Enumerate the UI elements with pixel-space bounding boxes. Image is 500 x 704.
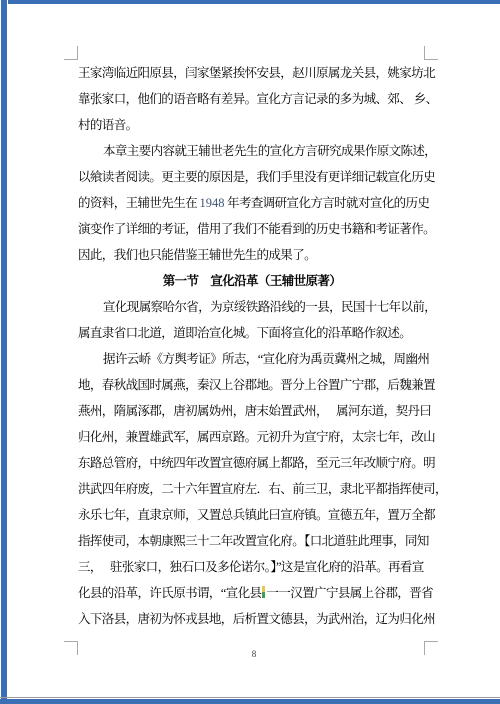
crop-mark-bottom-left-icon xyxy=(64,641,78,655)
crop-mark-bottom-right-icon xyxy=(424,641,438,655)
text-line: 本章主要内容就王辅世老先生的宣化方言研究成果作原文陈述， xyxy=(78,138,426,164)
document-page: 王家湾临近阳原县，闫家堡紧挨怀安县，赵川原属龙关县，姚家坊北 靠张家口，他们的语… xyxy=(0,0,500,704)
text-line: 靠张家口，他们的语音略有差异。宣化方言记录的多为城、郊、 乡、 xyxy=(78,86,426,112)
text-line: 据许云峤《方舆考证》所志，“宣化府为禹贡冀州之城，周幽州 xyxy=(78,346,426,372)
text-segment: 的资料，王辅世先生在 xyxy=(78,196,200,210)
text-line: 的资料，王辅世先生在 1948 年考查调研宣化方言时就对宣化的历史 xyxy=(78,190,426,216)
text-line: 演变作了详细的考证，借用了我们不能看到的历史书籍和考证著作。 xyxy=(78,216,426,242)
text-line: 村的语音。 xyxy=(78,112,426,138)
text-line: 东路总管府，中统四年改置宣德府属上都路，至元三年改顺宁府。明 xyxy=(78,450,426,476)
text-line: 洪武四年府废，二十六年置宣府左．右、前三卫，隶北平都指挥使司， xyxy=(78,476,426,502)
crop-mark-top-left-icon xyxy=(64,46,78,60)
text-line: 以飨读者阅读。更主要的原因是，我们手里没有更详细记载宣化历史 xyxy=(78,164,426,190)
window-border-left xyxy=(1,0,7,704)
page-number: 8 xyxy=(244,648,264,660)
crop-mark-top-right-icon xyxy=(424,46,438,60)
text-line: 入下洛县，唐初为怀戎县地，后析置文德县，为武州治，辽为归化州 xyxy=(78,606,426,632)
text-line: 王家湾临近阳原县，闫家堡紧挨怀安县，赵川原属龙关县，姚家坊北 xyxy=(78,60,426,86)
text-line: 化县的沿革，许氏原书谓，“宣化县一一汉置广宁县属上谷郡，晋省 xyxy=(78,580,426,606)
text-segment: 化县的沿革，许氏原书谓，“宣化县 xyxy=(78,586,261,600)
page-bottom-edge xyxy=(0,697,500,698)
revision-mark-icon xyxy=(262,586,265,598)
section-heading: 第一节 宣化沿革（王辅世原著） xyxy=(78,268,426,294)
text-segment: 年考查调研宣化方言时就对宣化的历史 xyxy=(225,196,430,210)
text-line: 永乐七年，直隶京师，又置总兵镇此曰宣府镇。宣德五年，置万全都 xyxy=(78,502,426,528)
document-text-area: 王家湾临近阳原县，闫家堡紧挨怀安县，赵川原属龙关县，姚家坊北 靠张家口，他们的语… xyxy=(78,60,426,632)
text-line: 三， 驻张家口，独石口及多伦诺尔。】”这是宣化府的沿革。再看宣 xyxy=(78,554,426,580)
year-value: 1948 xyxy=(200,196,225,210)
text-line: 指挥使司，本朝康熙三十二年改置宣化府。【口北道驻此理事，同知 xyxy=(78,528,426,554)
text-line: 燕州，隋属涿郡，唐初属妫州，唐末始置武州， 属河东道，契丹曰 xyxy=(78,398,426,424)
text-line: 地，春秋战国时属燕，秦汉上谷郡地。晋分上谷置广宁郡，后魏兼置 xyxy=(78,372,426,398)
text-line: 宣化现属察哈尔省，为京绥铁路沿线的一县，民国十七年以前， xyxy=(78,294,426,320)
text-line: 因此，我们也只能借鉴王辅世先生的成果了。 xyxy=(78,242,426,268)
text-segment: 一一汉置广宁县属上谷郡，晋省 xyxy=(266,586,433,600)
text-line: 属直隶省口北道，道即治宣化城。下面将宣化的沿革略作叙述。 xyxy=(78,320,426,346)
window-border-bottom xyxy=(0,699,500,704)
text-line: 归化州，兼置雄武军，属西京路。元初升为宣宁府，太宗七年，改山 xyxy=(78,424,426,450)
window-border-top xyxy=(8,0,500,4)
